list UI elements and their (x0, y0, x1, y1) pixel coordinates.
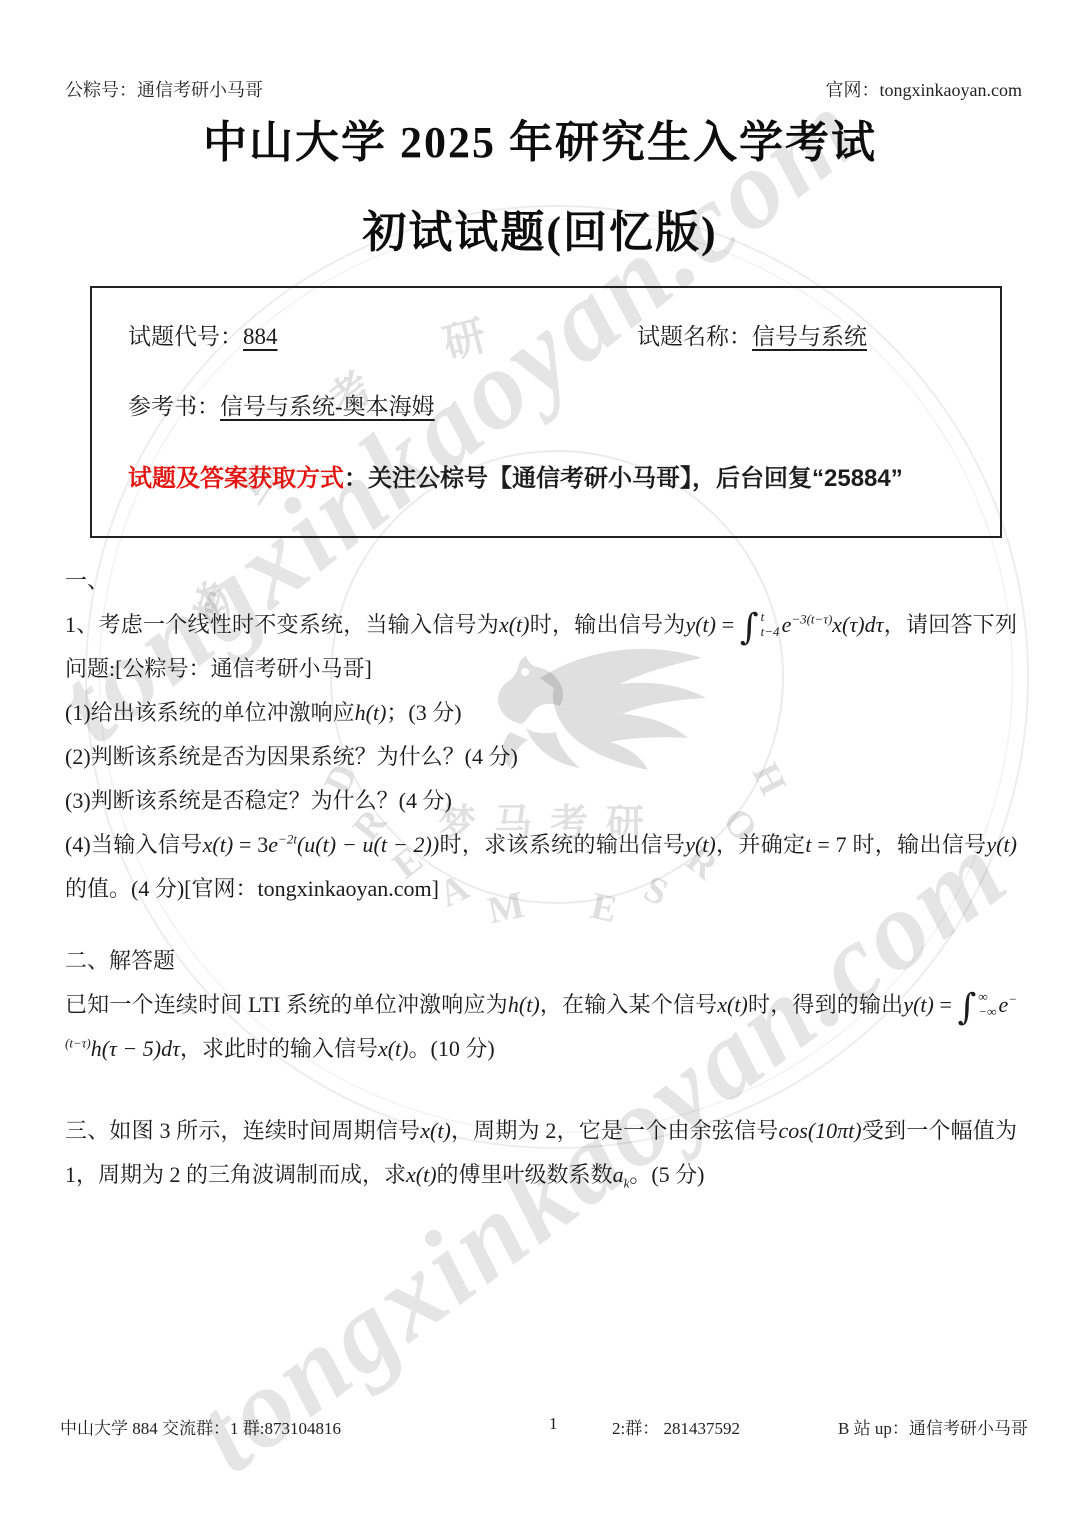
reference-book-row: 参考书：信号与系统-奥本海姆 (128, 388, 435, 421)
question-1-part-3: (3)判断该系统是否稳定？为什么？(4 分) (65, 779, 1017, 823)
text-segment: a (613, 1162, 624, 1187)
text-segment: = 3 (233, 832, 268, 857)
text-segment: ，在输入某个信号 (540, 992, 718, 1017)
text-segment: 的值。(4 分)[官网：tongxinkaoyan.com] (65, 876, 439, 901)
text-segment: h(τ − 5)dτ (91, 1036, 180, 1061)
text-segment: x(t) (499, 612, 530, 637)
page-title: 中山大学 2025 年研究生入学考试 (0, 106, 1080, 170)
text-segment: e (998, 992, 1008, 1017)
text-segment: ，周期为 2，它是一个由余弦信号 (451, 1118, 779, 1143)
answer-access-label: 试题及答案获取方式 (128, 465, 344, 492)
footer-qq-group-2: 2:群： 281437592 (612, 1414, 740, 1439)
header-wechat-account: 公粽号：通信考研小马哥 (65, 76, 263, 102)
footer-bilibili-up: B 站 up：通信考研小马哥 (838, 1414, 1028, 1439)
text-segment: 已知一个连续时间 LTI 系统的单位冲激响应为 (65, 992, 508, 1017)
text-segment: e (268, 832, 278, 857)
exam-name-label: 试题名称： (637, 324, 752, 349)
header-website: 官网：tongxinkaoyan.com (826, 76, 1022, 102)
section-1-heading: 一、 (65, 559, 1017, 603)
text-segment: (2)判断该系统是否为因果系统？为什么？(4 分) (65, 744, 518, 769)
text-segment: x(τ)dτ (832, 612, 883, 637)
question-2: 已知一个连续时间 LTI 系统的单位冲激响应为h(t)，在输入某个信号x(t)时… (65, 983, 1017, 1071)
question-1: 1、考虑一个线性时不变系统，当输入信号为x(t)时，输出信号为y(t) = ∫t… (65, 603, 1017, 691)
text-segment: y(t) (685, 832, 716, 857)
reference-book-value: 信号与系统-奥本海姆 (220, 394, 435, 419)
footer-page-number: 1 (549, 1414, 558, 1434)
text-segment: ，并确定 (716, 832, 806, 857)
text-segment: (u(t) − u(t − 2)) (297, 832, 439, 857)
text-segment: −2t (278, 832, 297, 847)
exam-code-value: 884 (243, 324, 278, 349)
text-segment: 的傅里叶级数系数 (437, 1162, 613, 1187)
text-segment: (4)当输入信号 (65, 832, 203, 857)
exam-code-row: 试题代号：884 (128, 318, 278, 351)
exam-paper-page: 梦马考研DREAMHORSE 梦马考研 tongxinkaoyan.com to… (0, 0, 1080, 1527)
text-segment: 。(5 分) (629, 1162, 704, 1187)
text-segment: h(t) (355, 700, 387, 725)
text-segment: (1)给出该系统的单位冲激响应 (65, 700, 355, 725)
page-subtitle: 初试试题(回忆版) (0, 196, 1080, 260)
text-segment: x(t) (406, 1162, 437, 1187)
text-segment: (3)判断该系统是否稳定？为什么？(4 分) (65, 788, 452, 813)
question-3: 三、如图 3 所示，连续时间周期信号x(t)，周期为 2，它是一个由余弦信号co… (65, 1109, 1017, 1197)
text-segment: 时，输出信号为 (529, 612, 685, 637)
text-segment: ；(3 分) (386, 700, 461, 725)
text-segment: h(t) (508, 992, 540, 1017)
text-segment: e (782, 612, 792, 637)
page-content: 公粽号：通信考研小马哥 官网：tongxinkaoyan.com 中山大学 20… (0, 0, 1080, 1527)
text-segment: 。(10 分) (409, 1036, 495, 1061)
footer-qq-group-1: 中山大学 884 交流群：1 群:873104816 (60, 1414, 341, 1439)
question-area: 一、 1、考虑一个线性时不变系统，当输入信号为x(t)时，输出信号为y(t) =… (65, 559, 1017, 1197)
question-1-part-2: (2)判断该系统是否为因果系统？为什么？(4 分) (65, 735, 1017, 779)
section-2-heading: 二、解答题 (65, 939, 1017, 983)
text-segment: = (716, 612, 740, 637)
text-segment: cos(10πt) (779, 1118, 862, 1143)
text-segment: y(t) (986, 832, 1017, 857)
text-segment: x(t) (717, 992, 748, 1017)
exam-name-value: 信号与系统 (752, 324, 867, 349)
question-1-part-4: (4)当输入信号x(t) = 3e−2t(u(t) − u(t − 2))时，求… (65, 823, 1017, 911)
text-segment: ∫tt−4 (740, 610, 782, 646)
text-segment: = (934, 992, 958, 1017)
text-segment: ∫∞−∞ (958, 990, 999, 1026)
text-segment: ，求此时的输入信号 (180, 1036, 378, 1061)
answer-access-row: 试题及答案获取方式：关注公棕号【通信考研小马哥】，后台回复“25884” (128, 458, 903, 493)
text-segment: 时，求该系统的输出信号 (439, 832, 685, 857)
reference-book-label: 参考书： (128, 394, 220, 419)
answer-access-text: ：关注公棕号【通信考研小马哥】，后台回复“25884” (344, 465, 903, 492)
text-segment: = 7 时，输出信号 (812, 832, 987, 857)
text-segment: x(t) (203, 832, 234, 857)
text-segment: y(t) (903, 992, 934, 1017)
exam-info-box: 试题代号：884 试题名称：信号与系统 参考书：信号与系统-奥本海姆 试题及答案… (90, 286, 1002, 538)
text-segment: x(t) (378, 1036, 409, 1061)
exam-code-label: 试题代号： (128, 324, 243, 349)
text-segment: x(t) (420, 1118, 451, 1143)
text-segment: 1、考虑一个线性时不变系统，当输入信号为 (65, 612, 499, 637)
text-segment: 三、如图 3 所示，连续时间周期信号 (65, 1118, 420, 1143)
question-1-part-1: (1)给出该系统的单位冲激响应h(t)；(3 分) (65, 691, 1017, 735)
text-segment: y(t) (685, 612, 716, 637)
text-segment: 时，得到的输出 (748, 992, 903, 1017)
exam-name-row: 试题名称：信号与系统 (637, 318, 867, 351)
text-segment: −3(t−τ) (791, 612, 832, 627)
